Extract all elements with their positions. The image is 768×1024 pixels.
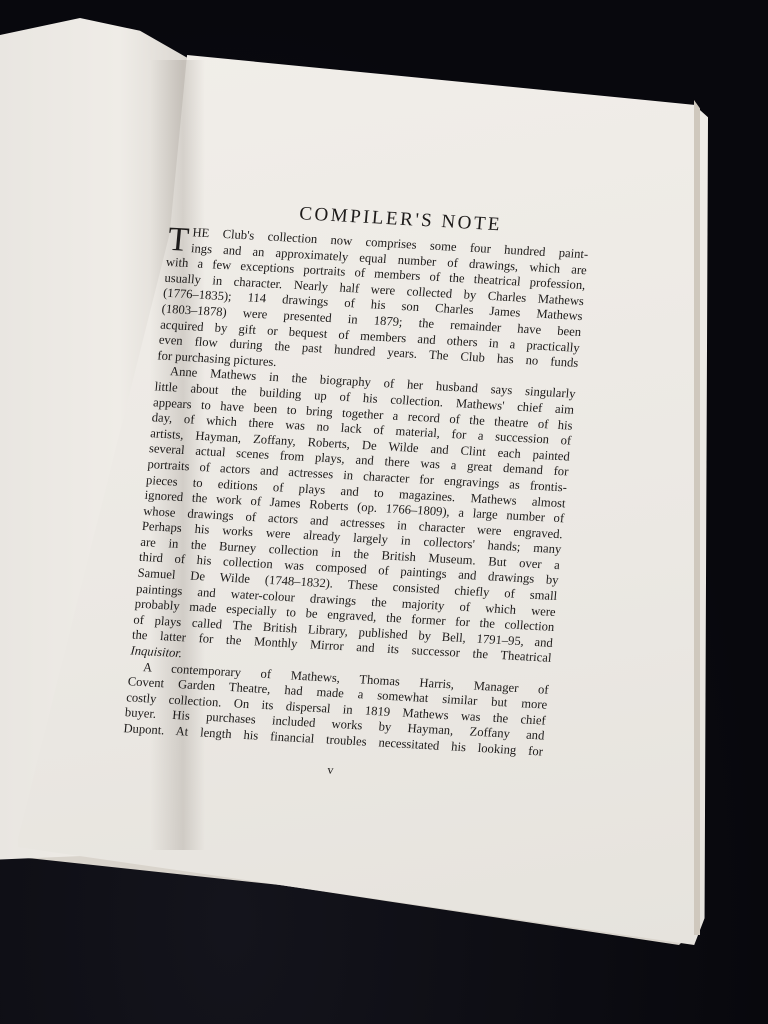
drop-cap: T [167, 226, 190, 255]
paragraph-1: T HE Club's collection now comprises som… [157, 224, 589, 387]
page-text: COMPILER'S NOTE T HE Club's collection n… [120, 196, 591, 789]
paragraph-2: Anne Mathews in the biography of her hus… [130, 364, 576, 683]
page-fore-edge [694, 100, 700, 935]
